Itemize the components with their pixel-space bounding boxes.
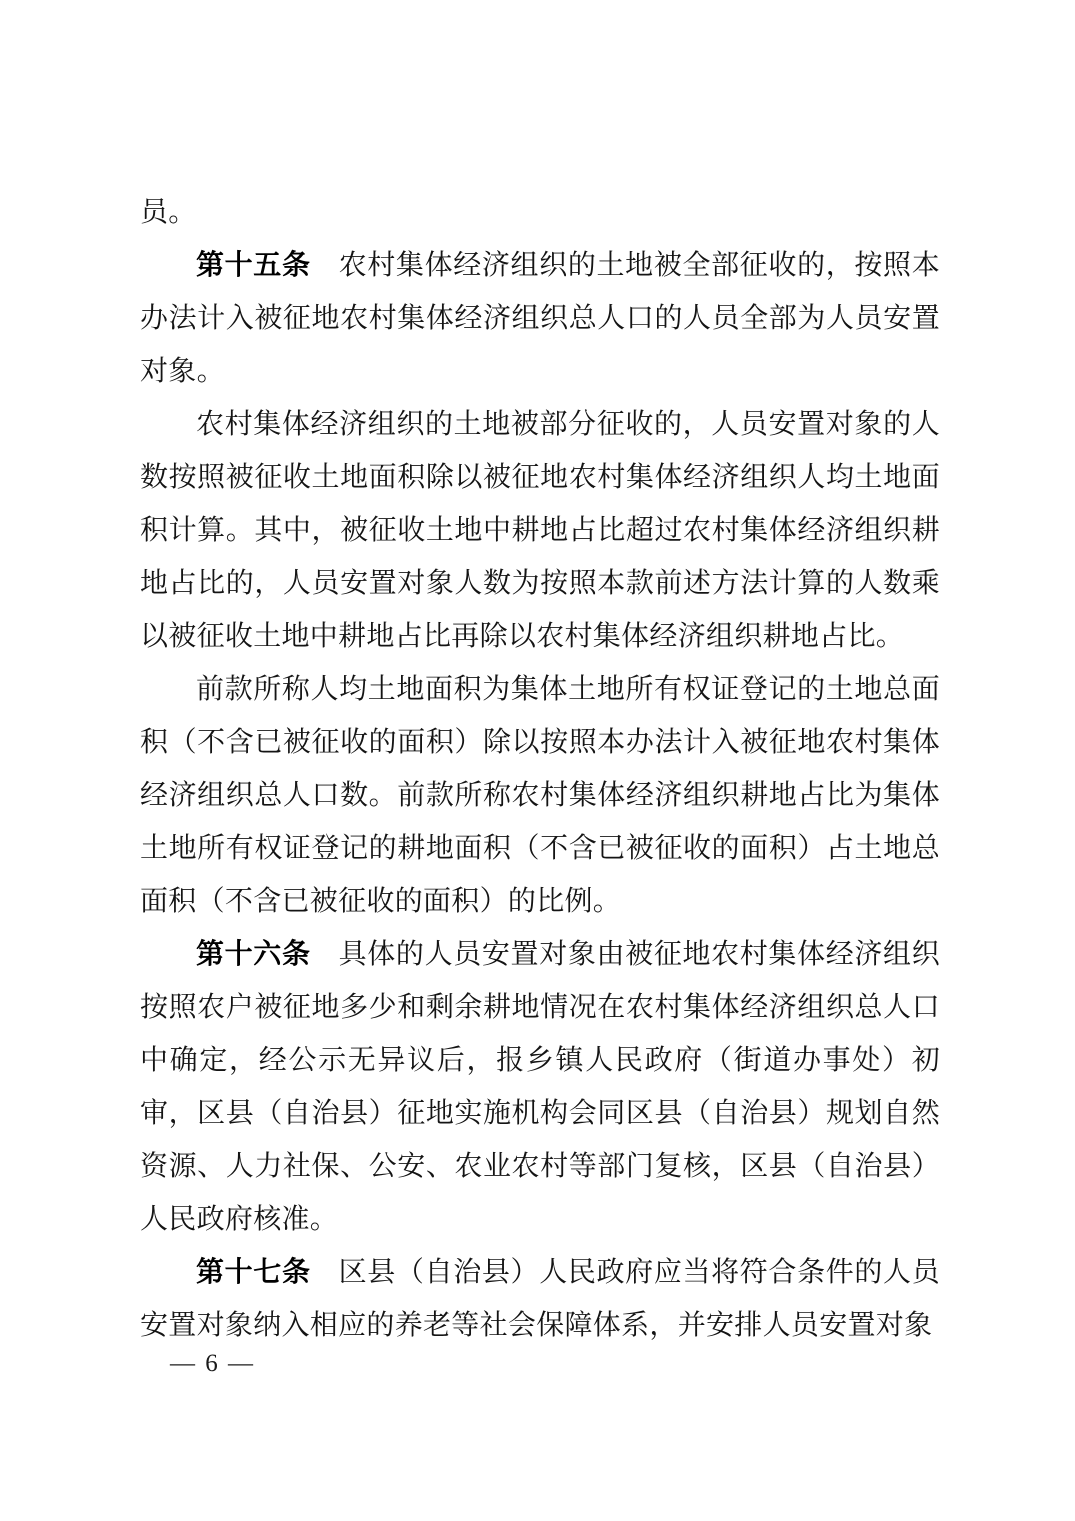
paragraph-article-16: 第十六条具体的人员安置对象由被征地农村集体经济组织按照农户被征地多少和剩余耕地情… [140, 928, 940, 1246]
paragraph-article-17: 第十七条区县（自治县）人民政府应当将符合条件的人员安置对象纳入相应的养老等社会保… [140, 1246, 940, 1352]
paragraph-text: 具体的人员安置对象由被征地农村集体经济组织按照农户被征地多少和剩余耕地情况在农村… [140, 939, 940, 1235]
paragraph-text: 员。 [140, 197, 197, 228]
paragraph-text: 农村集体经济组织的土地被部分征收的，人员安置对象的人数按照被征收土地面积除以被征… [140, 409, 940, 652]
paragraph-definitions: 前款所称人均土地面积为集体土地所有权证登记的土地总面积（不含已被征收的面积）除以… [140, 663, 940, 928]
document-body: 员。 第十五条农村集体经济组织的土地被全部征收的，按照本办法计入被征地农村集体经… [140, 186, 940, 1352]
paragraph-article-15: 第十五条农村集体经济组织的土地被全部征收的，按照本办法计入被征地农村集体经济组织… [140, 239, 940, 398]
paragraph-text: 前款所称人均土地面积为集体土地所有权证登记的土地总面积（不含已被征收的面积）除以… [140, 674, 940, 917]
article-number-16: 第十六条 [196, 939, 311, 970]
paragraph-partial-expropriation: 农村集体经济组织的土地被部分征收的，人员安置对象的人数按照被征收土地面积除以被征… [140, 398, 940, 663]
paragraph-continuation: 员。 [140, 186, 940, 239]
page-number: — 6 — [170, 1346, 255, 1382]
article-number-15: 第十五条 [196, 250, 311, 281]
document-page: 员。 第十五条农村集体经济组织的土地被全部征收的，按照本办法计入被征地农村集体经… [0, 0, 1075, 1521]
article-number-17: 第十七条 [196, 1257, 311, 1288]
